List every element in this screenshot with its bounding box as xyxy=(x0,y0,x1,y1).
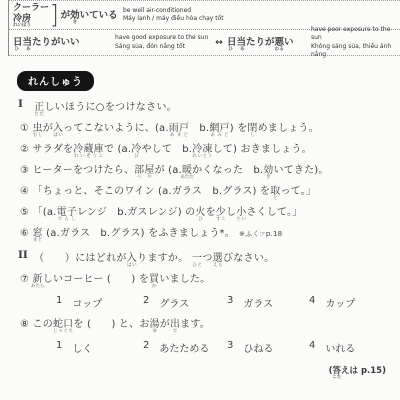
question-2: ② サラダを冷蔵庫れいぞうこで (a.冷ひやして b.冷凍れいとうして) おきま… xyxy=(20,144,400,158)
practice-section: れんしゅう I 正ただしいほうに○をつけなさい。 ① 虫むしが入はいってこないよ… xyxy=(0,70,400,379)
option-item: 2グラス xyxy=(143,295,227,310)
question-6-text: ⑥ 窓まど (a.ガラス b.グラス) をふきましょう*。 xyxy=(20,228,235,239)
translation-vi: Máy lạnh / máy điều hòa chạy tốt xyxy=(123,15,224,23)
option-label: コップ xyxy=(72,295,102,310)
vocab-term-reibou: 冷房れいぼう xyxy=(13,14,49,27)
translation-vi: Không sáng sủa, thiếu ánh nắng xyxy=(311,43,400,59)
vocab-translation: be well air-conditioned Máy lạnh / máy đ… xyxy=(123,7,224,23)
translation-en: have good exposure to the sun xyxy=(115,34,211,42)
section1-numeral: I xyxy=(18,98,34,110)
antonym-arrow-icon: ↔ xyxy=(211,38,227,48)
option-label: ガラス xyxy=(243,295,273,310)
option-label: あたためる xyxy=(159,340,209,355)
translation-en: have poor exposure to the sun xyxy=(311,26,400,42)
vocab-term-cooler: クーラー xyxy=(13,3,49,13)
option-label: ひねる xyxy=(243,340,273,355)
question-1: ① 虫むしが入はいってこないように、(a.雨戸あまど b.網戸あみど) を閉しめ… xyxy=(20,123,400,137)
section2-instruction: （ ）にはどれが入はいりますか。 一ひとつ選えらびなさい。 xyxy=(34,249,274,267)
translation-en: be well air-conditioned xyxy=(123,7,224,15)
answer-page-reference: (答こたえは p.15) xyxy=(0,364,400,379)
option-label: グラス xyxy=(159,295,189,310)
option-number: 3 xyxy=(227,295,233,310)
textbook-page: クーラー 冷房れいぼう ] が効きいている be well air-condit… xyxy=(0,0,400,400)
question-7: ⑦ 新あたらしいコーヒー ( ) を買かいました。 xyxy=(20,274,400,288)
option-label: カップ xyxy=(325,295,355,310)
option-label: いれる xyxy=(325,340,355,355)
option-number: 2 xyxy=(143,340,149,355)
question-8: ⑧ この蛇口じゃぐちを ( ) と、お湯ゆが出でます。 xyxy=(20,319,400,333)
section1-question-list: ① 虫むしが入はいってこないように、(a.雨戸あまど b.網戸あみど) を閉しめ… xyxy=(20,123,400,242)
section1-instruction: 正ただしいほうに○をつけなさい。 xyxy=(34,98,177,116)
option-number: 3 xyxy=(227,340,233,355)
vocab-row-sun-exposure: 日当ひ あたりがいい have good exposure to the sun… xyxy=(9,30,400,56)
option-number: 4 xyxy=(309,340,315,355)
question-3: ③ ヒーターをつけたら、部屋へやが (a.暖あたたかくなった b.効きいてきた)… xyxy=(20,165,400,179)
option-item: 3ガラス xyxy=(227,295,309,310)
option-item: 2あたためる xyxy=(143,340,227,355)
question-8-options: 1しく 2あたためる 3ひねる 4いれる xyxy=(56,340,400,355)
option-item: 3ひねる xyxy=(227,340,309,355)
vocab-term-hiatari-ii: 日当ひ あたりがいい xyxy=(9,34,115,52)
option-number: 1 xyxy=(56,295,62,310)
question-6-reference-note: ※ふく☞p.18 xyxy=(239,230,282,238)
vocab-term-stack: クーラー 冷房れいぼう xyxy=(13,3,49,26)
option-item: 1コップ xyxy=(56,295,143,310)
grouping-bracket: ] xyxy=(50,1,59,30)
vocab-term-group: クーラー 冷房れいぼう ] が効きいている xyxy=(9,3,119,28)
option-number: 1 xyxy=(56,340,62,355)
option-number: 4 xyxy=(309,295,315,310)
translation-vi: Sáng sủa, đón nắng tốt xyxy=(115,43,211,51)
vocab-verb: が効きいている xyxy=(61,7,118,24)
question-6: ⑥ 窓まど (a.ガラス b.グラス) をふきましょう*。※ふく☞p.18 xyxy=(20,228,400,242)
option-label: しく xyxy=(72,340,92,355)
question-4: ④ 「ちょっと、そこのワイン (a.ガラス b.グラス) を取とって。」 xyxy=(20,186,400,200)
option-item: 4いれる xyxy=(309,340,355,355)
vocab-term-hiatari-warui: 日当ひ あたりが悪わるい xyxy=(227,34,311,52)
vocab-translation: have poor exposure to the sun Không sáng… xyxy=(311,26,400,58)
option-item: 1しく xyxy=(56,340,143,355)
section2-heading: II （ ）にはどれが入はいりますか。 一ひとつ選えらびなさい。 xyxy=(18,249,400,267)
renshuu-badge: れんしゅう xyxy=(17,71,94,91)
option-number: 2 xyxy=(143,295,149,310)
vocab-translation: have good exposure to the sun Sáng sủa, … xyxy=(115,34,211,50)
question-7-options: 1コップ 2グラス 3ガラス 4カップ xyxy=(56,295,400,310)
section2-numeral: II xyxy=(18,249,34,261)
vocab-table: クーラー 冷房れいぼう ] が効きいている be well air-condit… xyxy=(8,0,400,56)
section2-question-list: ⑦ 新あたらしいコーヒー ( ) を買かいました。 1コップ 2グラス 3ガラス… xyxy=(20,274,400,355)
question-5: ⑤ 「(a.電子でんしレンジ b.ガスレンジ) の火ひを少すこし小ちいさくして。… xyxy=(20,207,400,221)
option-item: 4カップ xyxy=(309,295,355,310)
section1-heading: I 正ただしいほうに○をつけなさい。 xyxy=(18,98,400,116)
